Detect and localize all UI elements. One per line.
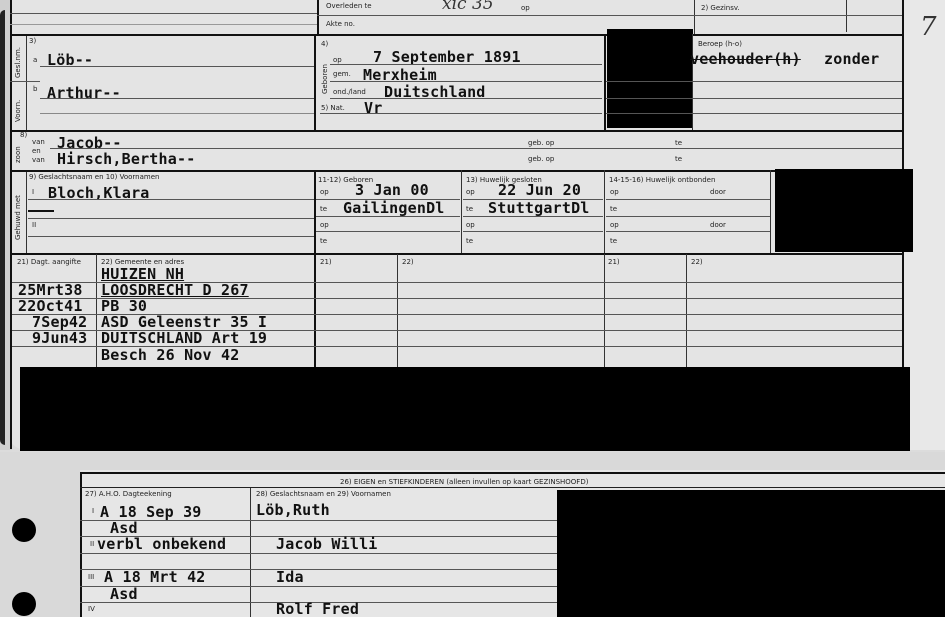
dissolved-door-label: door: [710, 188, 726, 196]
children-name-header: 28) Geslachtsnaam en 29) Voornamen: [256, 490, 391, 498]
geboren-side-label: Geboren: [321, 64, 329, 94]
born-te2-label: te: [320, 237, 327, 245]
child-aho-place: Asd: [110, 585, 138, 603]
address-date-header: 21) Dagt. aangifte: [17, 258, 81, 266]
divider: [80, 487, 945, 488]
child-name: Löb,Ruth: [256, 501, 330, 519]
punch-hole-icon: [12, 592, 36, 616]
divider: [28, 218, 314, 219]
dissolved-te2-label: te: [610, 237, 617, 245]
divider: [461, 170, 462, 254]
divider: [314, 34, 316, 131]
address-date: 9Jun43: [32, 329, 87, 347]
father-geb-op-label: geb. op: [528, 139, 554, 147]
divider: [694, 0, 695, 35]
divider: [606, 199, 770, 200]
dissolved-op2-label: op: [610, 221, 619, 229]
divider: [606, 113, 902, 114]
divider: [463, 231, 603, 232]
marriage-place: StuttgartDl: [488, 199, 590, 217]
nationality-value: Vr: [364, 99, 382, 117]
divider: [96, 254, 97, 368]
divider: [80, 586, 558, 587]
spouse-born-place: GailingenDl: [343, 199, 445, 217]
spouse-born-date: 3 Jan 00: [355, 181, 429, 199]
address-col3-header: 21): [320, 258, 332, 266]
gehuwd-met-side-label: Gehuwd met: [14, 195, 22, 240]
overleden-label: Overleden te: [326, 2, 372, 10]
overleden-op-label: op: [521, 4, 530, 12]
address-value: DUITSCHLAND Art 19: [101, 329, 267, 347]
mother-geb-op-label: geb. op: [528, 155, 554, 163]
divider: [606, 231, 770, 232]
divider: [314, 170, 316, 254]
married-op-label: op: [466, 188, 475, 196]
child-name: Ida: [276, 568, 304, 586]
address-col6-header: 22): [691, 258, 703, 266]
divider: [606, 81, 902, 82]
divider: [692, 34, 693, 131]
birth-gem-label: gem.: [333, 70, 351, 78]
divider: [10, 130, 904, 132]
dissolved-door2-label: door: [710, 221, 726, 229]
divider: [40, 98, 314, 99]
divider: [606, 216, 770, 217]
child-aho-date: verbl onbekend: [97, 535, 226, 553]
card-edge-shadow: [0, 10, 5, 445]
address-col4-header: 22): [402, 258, 414, 266]
label-a: a: [33, 56, 37, 64]
divider: [317, 0, 319, 35]
father-te-label: te: [675, 139, 682, 147]
child-roman-number: II: [90, 540, 94, 548]
divider: [770, 170, 771, 254]
overleden-handwritten-value: xic 35: [442, 0, 494, 14]
born-op2-label: op: [320, 221, 329, 229]
divider: [463, 216, 603, 217]
divider: [606, 98, 902, 99]
occupation-value: zonder: [824, 50, 879, 68]
van-label-1: van: [32, 138, 45, 146]
address-col5-header: 21): [608, 258, 620, 266]
aho-header: 27) A.H.O. Dagteekening: [85, 490, 172, 498]
mother-te-label: te: [675, 155, 682, 163]
card-left-border: [10, 34, 12, 449]
divider: [10, 13, 317, 14]
divider: [10, 81, 40, 82]
redaction-block: [20, 367, 910, 451]
divider: [330, 64, 602, 65]
dissolved-te-label: te: [610, 205, 617, 213]
divider: [604, 170, 605, 254]
divider: [10, 253, 904, 255]
divider: [10, 34, 904, 36]
divider: [10, 0, 12, 35]
divider: [397, 254, 398, 368]
divider: [80, 472, 82, 617]
born-te-label: te: [320, 205, 327, 213]
divider: [317, 15, 902, 16]
section-4-number: 4): [321, 40, 328, 48]
divider: [316, 231, 460, 232]
redaction-block: [557, 490, 945, 617]
label-b: b: [33, 85, 37, 93]
child-roman-number: III: [88, 573, 94, 581]
section-8-number: 8): [20, 131, 27, 139]
divider: [40, 66, 314, 67]
divider: [314, 254, 316, 368]
divider: [26, 172, 27, 254]
dissolved-op-label: op: [610, 188, 619, 196]
van-label-2: van: [32, 156, 45, 164]
divider: [80, 472, 945, 474]
child-name: Jacob Willi: [276, 535, 378, 553]
divider: [316, 216, 460, 217]
occupation-label: Beroep (h-o): [698, 40, 742, 48]
akte-label: Akte no.: [326, 20, 355, 28]
punch-hole-icon: [12, 518, 36, 542]
divider: [330, 81, 602, 82]
given-names-value: Arthur--: [47, 84, 121, 102]
child-aho-date: A 18 Mrt 42: [104, 568, 206, 586]
roman-II-label: II: [32, 221, 36, 229]
divider: [40, 113, 314, 114]
spouse-header: 9) Geslachtsnaam en 10) Voornamen: [29, 173, 159, 181]
mother-value: Hirsch,Bertha--: [57, 150, 195, 168]
child-roman-number: I: [92, 507, 94, 515]
divider: [50, 148, 902, 149]
divider: [28, 199, 314, 200]
birth-land-label: ond./land: [333, 88, 366, 96]
divider: [26, 36, 27, 131]
en-label: en: [32, 147, 41, 155]
voorn-side-label: Voorn.: [14, 100, 22, 122]
divider: [686, 254, 687, 368]
marriage-date: 22 Jun 20: [498, 181, 581, 199]
divider: [10, 24, 317, 25]
gezinsv-label: 2) Gezinsv.: [701, 4, 740, 12]
child-roman-number: IV: [88, 605, 95, 613]
zoon-side-label: zoon: [14, 146, 22, 163]
divider: [320, 113, 602, 114]
roman-I-label: I: [32, 188, 34, 196]
born-op-label: op: [320, 188, 329, 196]
married-op2-label: op: [466, 221, 475, 229]
section-3-number: 3): [29, 37, 36, 45]
divider: [80, 553, 558, 554]
occupation-struck-value: veehouder(h): [690, 50, 801, 68]
divider: [28, 210, 54, 212]
geslnm-side-label: Gesl.nm.: [14, 47, 22, 78]
divider: [604, 34, 606, 131]
address-value: Besch 26 Nov 42: [101, 346, 239, 364]
corner-handwritten-mark: 7: [920, 12, 937, 42]
divider: [846, 0, 847, 32]
nationality-label: 5) Nat.: [321, 104, 345, 112]
married-te2-label: te: [466, 237, 473, 245]
children-section-header: 26) EIGEN en STIEFKINDEREN (alleen invul…: [340, 478, 588, 486]
divider: [604, 254, 605, 368]
married-te-label: te: [466, 205, 473, 213]
birth-op-label: op: [333, 56, 342, 64]
child-name: Rolf Fred: [276, 600, 359, 617]
dissolved-header: 14-15-16) Huwelijk ontbonden: [609, 176, 715, 184]
redaction-block: [775, 169, 913, 252]
divider: [28, 236, 314, 237]
